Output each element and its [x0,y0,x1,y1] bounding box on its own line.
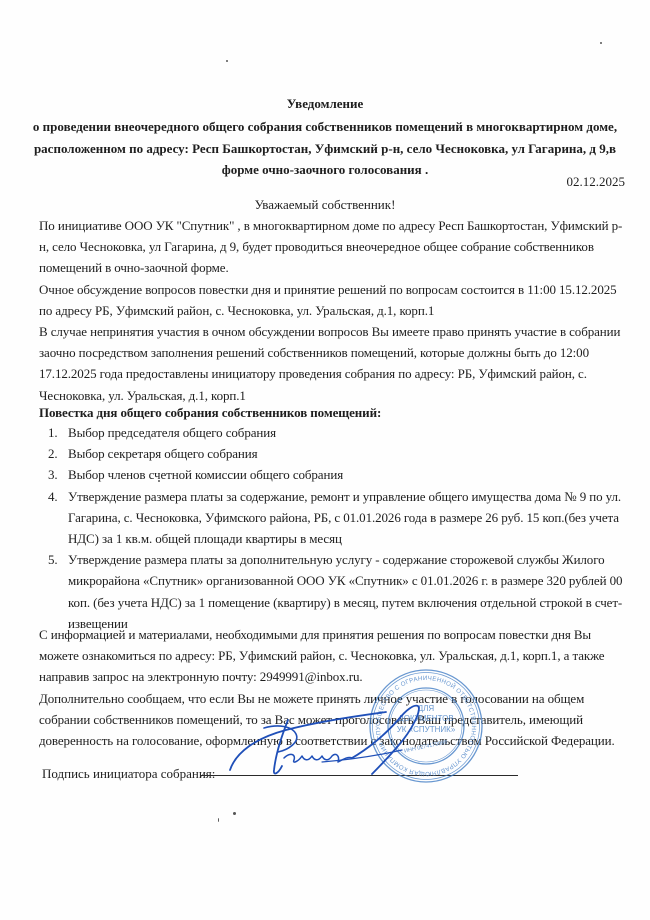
scan-speck [158,480,160,482]
signature-line [201,775,518,776]
document-date: 02.12.2025 [567,174,626,190]
document-title: Уведомление [0,96,650,112]
agenda-item-number: 2. [48,443,58,464]
document-page: Уведомление о проведении внеочередного о… [0,0,650,920]
scan-speck [600,42,602,44]
agenda-item-number: 4. [48,486,58,507]
scan-speck [280,656,282,658]
agenda-item: 5. Утверждение размера платы за дополнит… [39,549,629,634]
intro-section: По инициативе ООО УК "Спутник" , в много… [39,215,629,406]
greeting: Уважаемый собственник! [0,197,650,213]
agenda-item: 4. Утверждение размера платы за содержан… [39,486,629,550]
agenda-item: 3. Выбор членов счетной комиссии общего … [39,464,629,485]
agenda-item-text: Выбор членов счетной комиссии общего соб… [68,467,343,482]
intro-paragraph: В случае непринятия участия в очном обсу… [39,321,629,406]
agenda-item: 1. Выбор председателя общего собрания [39,422,629,443]
info-section: С информацией и материалами, необходимым… [39,624,629,751]
scan-speck [233,812,236,815]
agenda-item: 2. Выбор секретаря общего собрания [39,443,629,464]
agenda-item-text: Выбор председателя общего собрания [68,425,276,440]
agenda-heading: Повестка дня общего собрания собственник… [39,402,629,423]
intro-paragraph: Очное обсуждение вопросов повестки дня и… [39,279,629,321]
info-paragraph: С информацией и материалами, необходимым… [39,624,629,688]
scan-speck [226,60,228,62]
agenda-item-number: 3. [48,464,58,485]
agenda-item-text: Утверждение размера платы за дополнитель… [68,552,622,631]
intro-paragraph: По инициативе ООО УК "Спутник" , в много… [39,215,629,279]
agenda-item-text: Утверждение размера платы за содержание,… [68,489,621,546]
scan-speck [218,818,219,822]
agenda-item-number: 1. [48,422,58,443]
signature-label: Подпись инициатора собрания: [42,766,215,782]
info-paragraph: Дополнительно сообщаем, что если Вы не м… [39,688,629,752]
document-subtitle: о проведении внеочередного общего собран… [20,116,630,181]
agenda-item-text: Выбор секретаря общего собрания [68,446,258,461]
agenda-item-number: 5. [48,549,58,570]
agenda-list: 1. Выбор председателя общего собрания 2.… [39,422,629,634]
